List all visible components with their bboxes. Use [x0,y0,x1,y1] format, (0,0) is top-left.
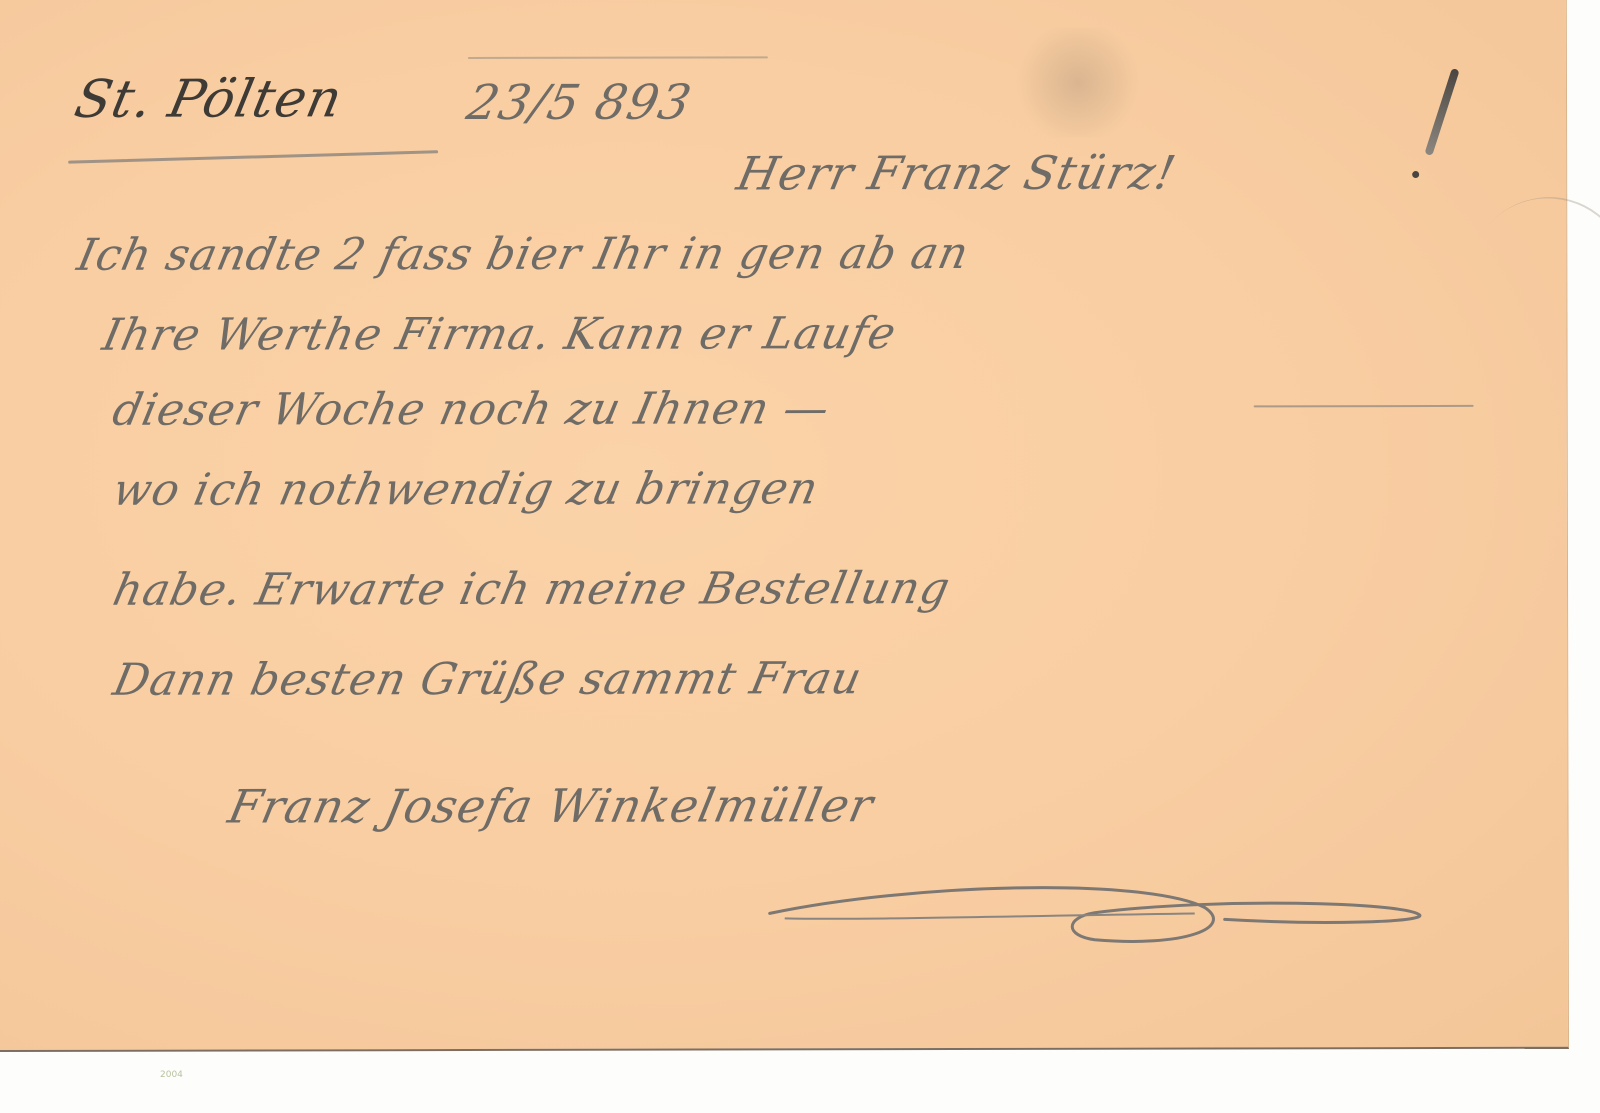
body-line-3: dieser Woche noch zu Ihnen — [108,383,834,436]
exclamation-stroke [1424,68,1459,156]
exclamation-dot [1412,171,1419,178]
scan-mark: 2004 [160,1070,183,1080]
header-place: St. Pölten [70,69,348,130]
body-line-5: habe. Erwarte ich meine Bestellung [109,563,955,616]
body-line-4: wo ich nothwendig zu bringen [108,463,823,515]
salutation: Herr Franz Stürz! [732,146,1180,201]
body-line-2: Ihre Werthe Firma. Kann er Laufe [98,308,901,361]
postcard-scan: St. Pölten 23/5 893 Herr Franz Stürz! Ic… [0,0,1600,1113]
line-filler-dash [1254,405,1474,407]
body-line-6: Dann besten Grüße sammt Frau [109,653,867,706]
signature: Franz Josefa Winkelmüller [224,778,879,833]
header-date: 23/5 893 [462,75,696,131]
ink-smudge [1008,28,1148,138]
header-underline [68,150,438,163]
postcard: St. Pölten 23/5 893 Herr Franz Stürz! Ic… [0,0,1569,1052]
date-overline [468,56,768,59]
paper-fold-crease [1436,165,1600,391]
signature-flourish [765,877,1425,948]
body-line-1: Ich sandte 2 fass bier Ihr in gen ab an [73,228,974,281]
